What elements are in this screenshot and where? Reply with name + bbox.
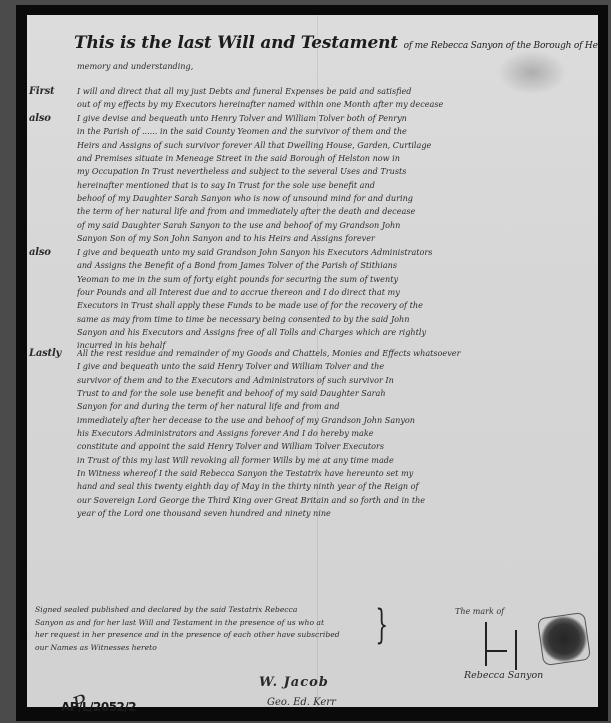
- clause-first: I will and direct that all my just Debts…: [77, 85, 582, 112]
- document-heading: This is the last Will and Testament of m…: [74, 33, 598, 53]
- margin-label-also-2: also: [29, 247, 51, 258]
- margin-label-first: First: [29, 86, 54, 97]
- wax-seal-icon: [537, 612, 591, 666]
- testatrix-mark: [479, 622, 519, 668]
- attestation-brace: }: [375, 605, 388, 645]
- witness-signature-1: W. Jacob: [259, 675, 329, 690]
- margin-label-lastly: Lastly: [29, 348, 61, 359]
- attestation-clause: Signed sealed published and declared by …: [35, 604, 375, 654]
- archive-reference: AP/L/2052/2: [61, 700, 136, 714]
- clause-also-house: I give devise and bequeath unto Henry To…: [77, 112, 582, 245]
- margin-label-also-1: also: [29, 113, 51, 124]
- mark-label: The mark of: [455, 607, 504, 616]
- heading-continuation: of me Rebecca Sanyon of the Borough of H…: [404, 41, 598, 51]
- clause-also-bond: I give and bequeath unto my said Grandso…: [77, 246, 582, 353]
- witness-signature-2: Geo. Ed. Kerr: [267, 697, 336, 707]
- will-document-page: This is the last Will and Testament of m…: [27, 15, 598, 707]
- intro-continuation: memory and understanding,: [77, 60, 582, 73]
- testatrix-signature: Rebecca Sanyon: [464, 670, 543, 681]
- clause-lastly: All the rest residue and remainder of my…: [77, 347, 582, 520]
